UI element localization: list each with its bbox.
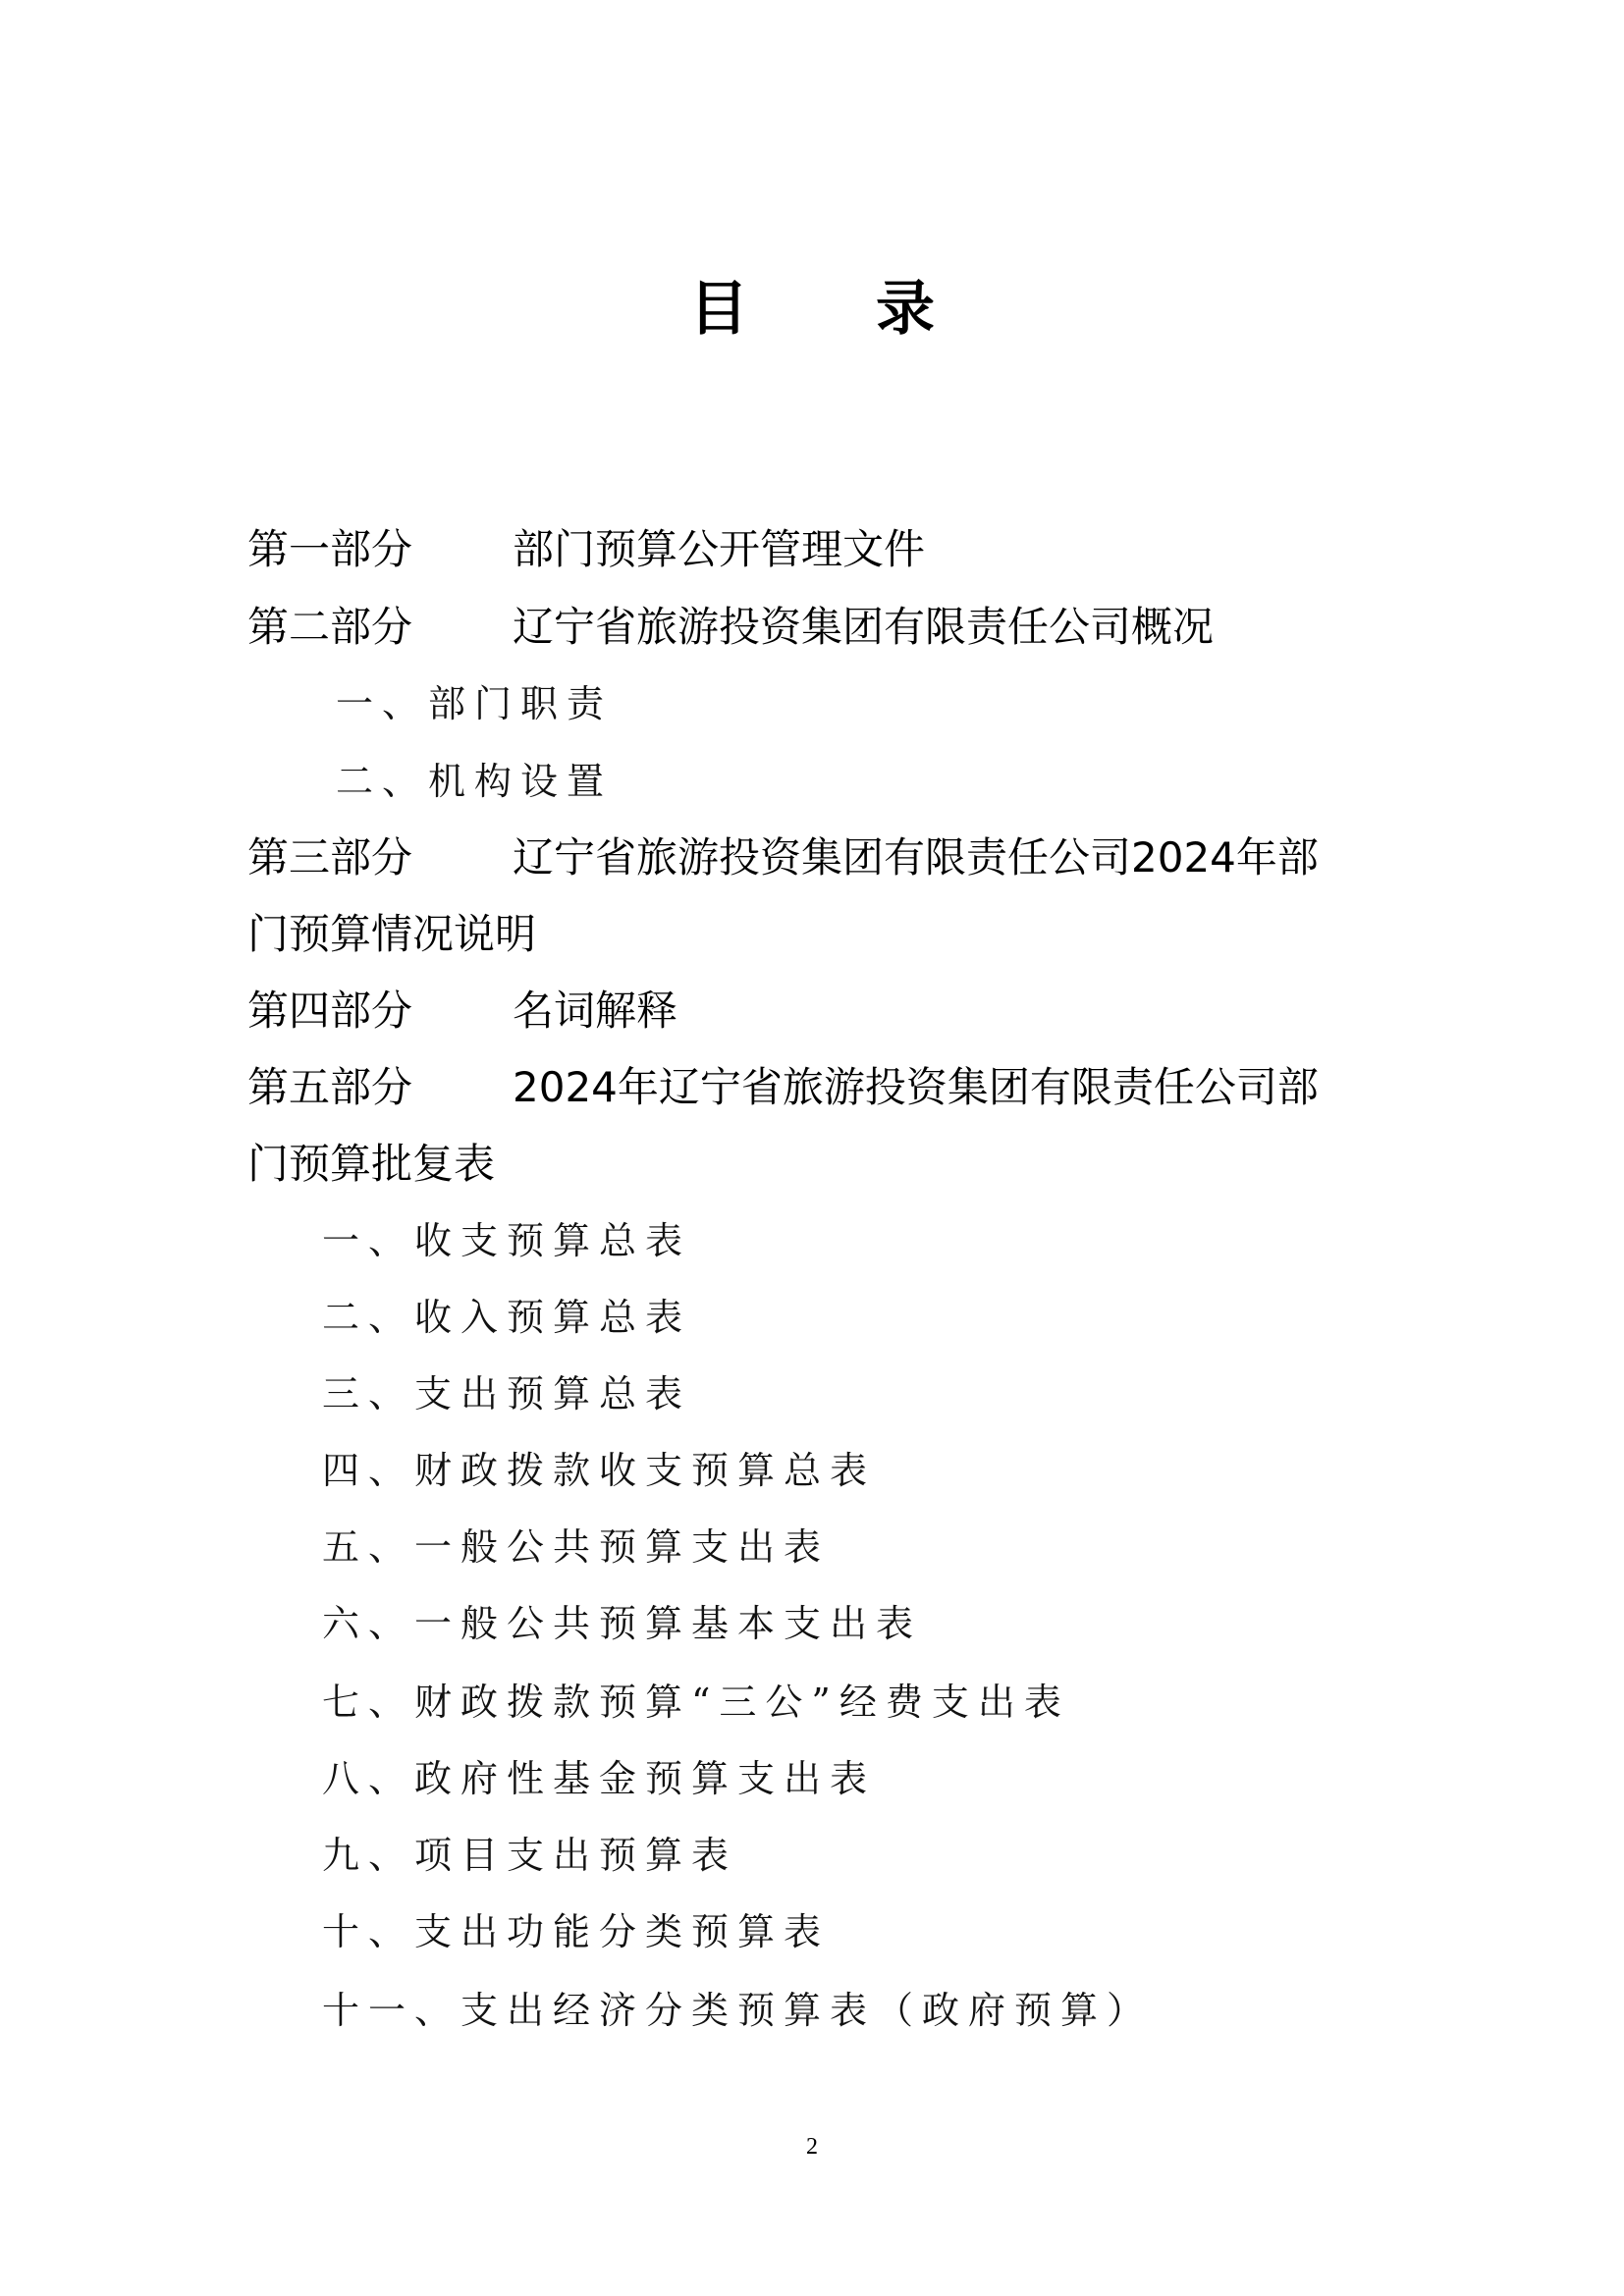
toc-part-entry[interactable]: 第四部分名词解释 xyxy=(247,982,677,1041)
toc-continuation-line[interactable]: 门预算批复表 xyxy=(247,1135,495,1194)
toc-entry-text: 二、机构设置 xyxy=(336,760,613,803)
toc-part-number: 第五部分 xyxy=(247,1058,513,1117)
toc-sub-entry[interactable]: 六、一般公共预算基本支出表 xyxy=(322,1594,922,1653)
toc-part-title: 名词解释 xyxy=(513,987,677,1035)
title-char-1: 目 xyxy=(689,275,748,344)
toc-part-number: 第一部分 xyxy=(247,520,513,579)
toc-sub-entry[interactable]: 一、部门职责 xyxy=(336,674,613,733)
toc-part-entry[interactable]: 第二部分辽宁省旅游投资集团有限责任公司概况 xyxy=(247,598,1214,657)
toc-part-title: 辽宁省旅游投资集团有限责任公司概况 xyxy=(513,603,1214,651)
toc-sub-entry[interactable]: 三、支出预算总表 xyxy=(322,1364,691,1423)
page-title: 目录 xyxy=(0,275,1624,344)
toc-part-number: 第三部分 xyxy=(247,828,513,887)
toc-entry-text: 十一、支出经济分类预算表（政府预算） xyxy=(322,1989,1153,2032)
toc-sub-entry[interactable]: 五、一般公共预算支出表 xyxy=(322,1518,830,1576)
toc-entry-text: 九、项目支出预算表 xyxy=(322,1834,737,1877)
toc-part-title: 2024年辽宁省旅游投资集团有限责任公司部 xyxy=(513,1063,1319,1111)
toc-part-number: 第四部分 xyxy=(247,982,513,1041)
toc-part-entry[interactable]: 第五部分2024年辽宁省旅游投资集团有限责任公司部 xyxy=(247,1058,1319,1117)
toc-entry-text: 门预算情况说明 xyxy=(247,910,536,958)
toc-entry-text: 八、政府性基金预算支出表 xyxy=(322,1757,876,1800)
toc-sub-entry[interactable]: 十、支出功能分类预算表 xyxy=(322,1902,830,1961)
toc-entry-text: 十、支出功能分类预算表 xyxy=(322,1910,830,1953)
toc-entry-text: 七、财政拨款预算“三公”经费支出表 xyxy=(322,1681,1070,1724)
toc-sub-entry[interactable]: 十一、支出经济分类预算表（政府预算） xyxy=(322,1981,1153,2040)
toc-sub-entry[interactable]: 四、财政拨款收支预算总表 xyxy=(322,1441,876,1500)
toc-entry-text: 一、收支预算总表 xyxy=(322,1219,691,1262)
toc-entry-text: 二、收入预算总表 xyxy=(322,1296,691,1339)
toc-part-entry[interactable]: 第一部分部门预算公开管理文件 xyxy=(247,520,925,579)
toc-part-title: 部门预算公开管理文件 xyxy=(513,525,925,573)
toc-continuation-line[interactable]: 门预算情况说明 xyxy=(247,905,536,964)
toc-entry-text: 三、支出预算总表 xyxy=(322,1372,691,1415)
toc-sub-entry[interactable]: 八、政府性基金预算支出表 xyxy=(322,1749,876,1808)
toc-part-entry[interactable]: 第三部分辽宁省旅游投资集团有限责任公司2024年部 xyxy=(247,828,1319,887)
toc-entry-text: 五、一般公共预算支出表 xyxy=(322,1525,830,1569)
toc-sub-entry[interactable]: 一、收支预算总表 xyxy=(322,1211,691,1270)
toc-sub-entry[interactable]: 二、机构设置 xyxy=(336,752,613,811)
toc-part-title: 辽宁省旅游投资集团有限责任公司2024年部 xyxy=(513,833,1319,881)
title-char-2: 录 xyxy=(876,275,935,344)
toc-entry-text: 门预算批复表 xyxy=(247,1140,495,1188)
toc-part-number: 第二部分 xyxy=(247,598,513,657)
toc-entry-text: 四、财政拨款收支预算总表 xyxy=(322,1449,876,1492)
toc-sub-entry[interactable]: 七、财政拨款预算“三公”经费支出表 xyxy=(322,1673,1070,1732)
toc-entry-text: 六、一般公共预算基本支出表 xyxy=(322,1602,922,1645)
page-number: 2 xyxy=(0,2134,1624,2161)
toc-sub-entry[interactable]: 九、项目支出预算表 xyxy=(322,1826,737,1885)
toc-sub-entry[interactable]: 二、收入预算总表 xyxy=(322,1288,691,1347)
toc-entry-text: 一、部门职责 xyxy=(336,682,613,725)
